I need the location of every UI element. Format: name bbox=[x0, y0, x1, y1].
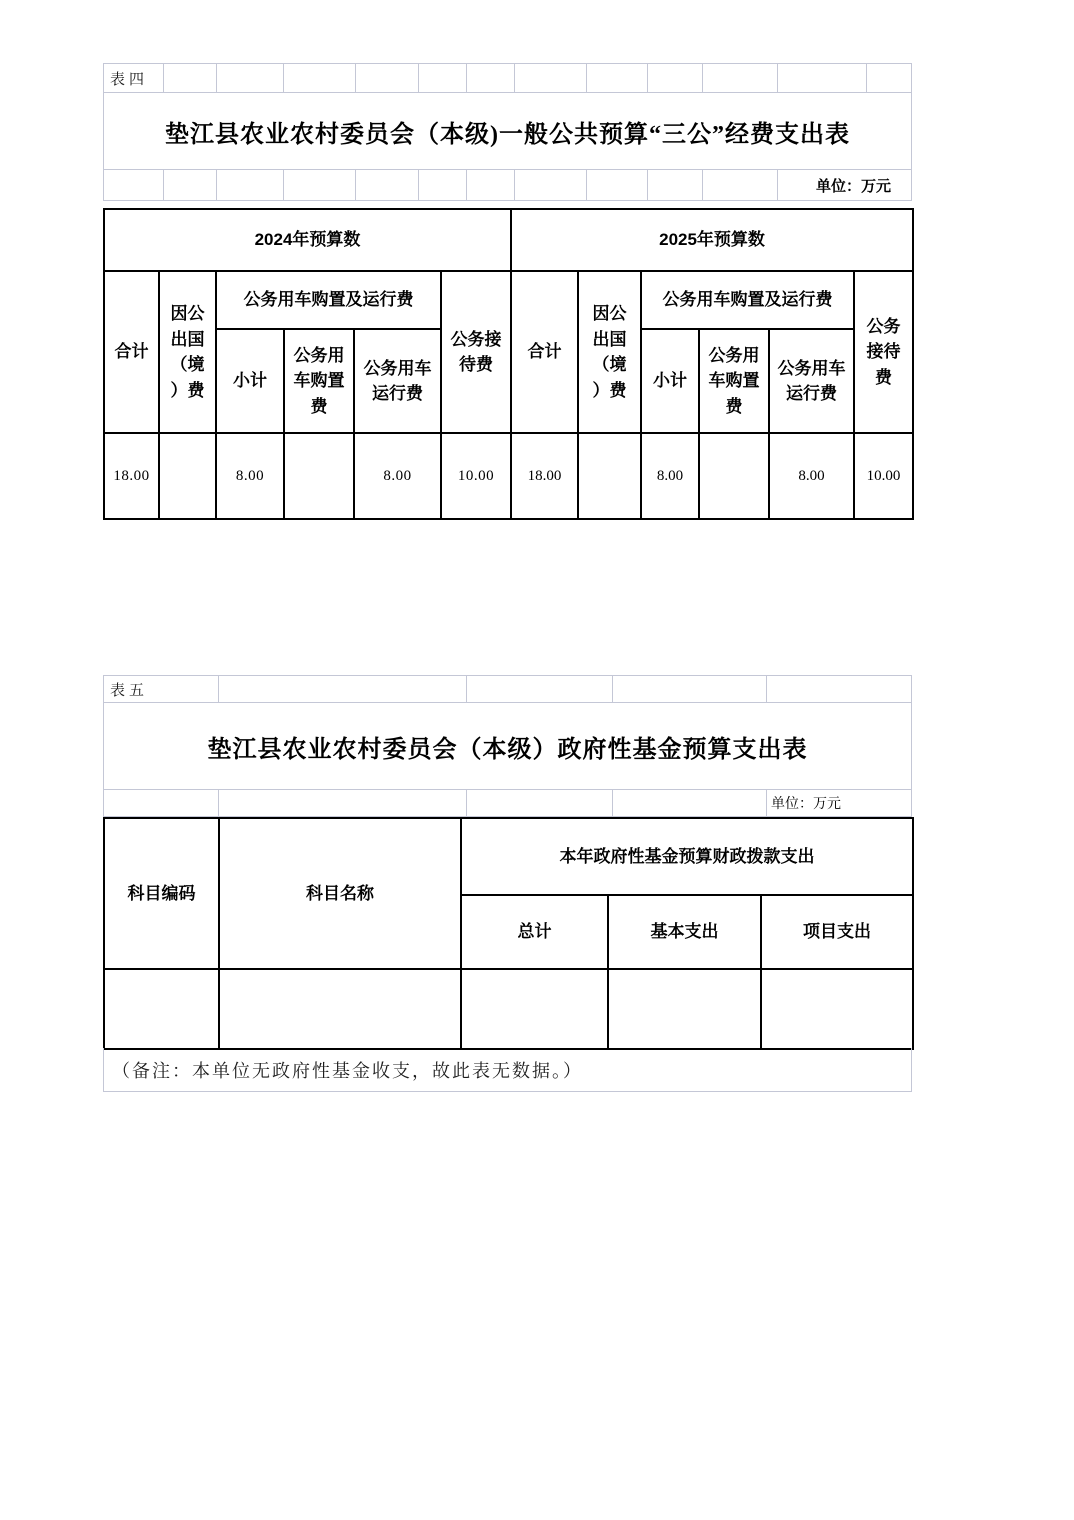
t5-value-basic bbox=[608, 969, 761, 1049]
table4-title: 垫江县农业农村委员会（本级)一般公共预算“三公”经费支出表 bbox=[165, 114, 850, 149]
grid-cell bbox=[467, 676, 613, 702]
t5-value-name bbox=[219, 969, 461, 1049]
grid-cell bbox=[356, 170, 419, 200]
grid-cell bbox=[767, 676, 913, 702]
t4-value-2025-abroad bbox=[578, 433, 641, 519]
t4-value-2025-purchase bbox=[699, 433, 769, 519]
table5-unit-row: 单位：万元 bbox=[103, 790, 912, 817]
table5-unit-label: 单位：万元 bbox=[771, 793, 841, 813]
t4-header-vehicle-group-2024: 公务用车购置及运行费 bbox=[216, 271, 441, 329]
t5-header-subject-code: 科目编码 bbox=[104, 818, 219, 969]
grid-cell bbox=[703, 64, 778, 92]
grid-cell: 表五 bbox=[104, 676, 219, 702]
t5-header-row-1: 科目编码 科目名称 本年政府性基金预算财政拨款支出 bbox=[104, 818, 913, 895]
grid-cell bbox=[164, 64, 217, 92]
t4-header-operation-2025: 公务用车运行费 bbox=[769, 329, 854, 433]
grid-cell bbox=[219, 676, 467, 702]
grid-cell bbox=[284, 170, 356, 200]
table5-note: （备注：本单位无政府性基金收支，故此表无数据。） bbox=[112, 1057, 583, 1083]
t5-value-code bbox=[104, 969, 219, 1049]
t5-value-total bbox=[461, 969, 608, 1049]
t4-value-2025-subtotal: 8.00 bbox=[641, 433, 699, 519]
t5-header-project: 项目支出 bbox=[761, 895, 913, 969]
t4-header-purchase-2024: 公务用车购置费 bbox=[284, 329, 354, 433]
t4-value-2024-subtotal: 8.00 bbox=[216, 433, 284, 519]
table4: 2024年预算数 2025年预算数 合计 因公出国（境）费 公务用车购置及运行费… bbox=[103, 208, 914, 520]
t4-value-2024-reception: 10.00 bbox=[441, 433, 511, 519]
t5-data-row bbox=[104, 969, 913, 1049]
grid-cell bbox=[648, 170, 703, 200]
table4-title-row: 垫江县农业农村委员会（本级)一般公共预算“三公”经费支出表 bbox=[103, 93, 912, 170]
table5-note-row: （备注：本单位无政府性基金收支，故此表无数据。） bbox=[103, 1048, 912, 1092]
t4-header-reception-2024: 公务接待费 bbox=[441, 271, 511, 433]
grid-cell bbox=[104, 790, 219, 816]
t4-header-vehicle-group-2025: 公务用车购置及运行费 bbox=[641, 271, 854, 329]
grid-cell bbox=[219, 790, 467, 816]
grid-cell bbox=[104, 170, 164, 200]
grid-cell bbox=[515, 170, 587, 200]
grid-cell bbox=[419, 170, 467, 200]
grid-cell bbox=[703, 170, 778, 200]
grid-cell bbox=[467, 170, 515, 200]
grid-cell bbox=[419, 64, 467, 92]
t4-value-2024-abroad bbox=[159, 433, 216, 519]
grid-cell bbox=[613, 676, 767, 702]
table4-unit-cell: 单位：万元 bbox=[778, 170, 913, 200]
grid-cell bbox=[467, 64, 515, 92]
table4-unit-row: 单位：万元 bbox=[103, 170, 912, 201]
grid-cell bbox=[867, 64, 913, 92]
t4-header-total-2024: 合计 bbox=[104, 271, 159, 433]
grid-cell bbox=[515, 64, 587, 92]
t4-header-subtotal-2025: 小计 bbox=[641, 329, 699, 433]
t4-year-2024-header: 2024年预算数 bbox=[104, 209, 511, 271]
t5-header-basic: 基本支出 bbox=[608, 895, 761, 969]
t5-header-total: 总计 bbox=[461, 895, 608, 969]
table4-unit-label: 单位：万元 bbox=[816, 175, 891, 196]
t4-header-purchase-2025: 公务用车购置费 bbox=[699, 329, 769, 433]
t5-value-project bbox=[761, 969, 913, 1049]
t4-value-2024-operation: 8.00 bbox=[354, 433, 441, 519]
budget-document-page: 表四 垫江县农业农村委员会（本级)一般公共预算“三公”经费支出表 单位：万元 bbox=[0, 0, 1074, 1520]
t4-header-abroad-2024: 因公出国（境）费 bbox=[159, 271, 216, 433]
grid-cell bbox=[217, 64, 284, 92]
table4-tag-label: 表四 bbox=[104, 68, 148, 89]
t4-value-2025-total: 18.00 bbox=[511, 433, 578, 519]
grid-cell bbox=[217, 170, 284, 200]
grid-cell bbox=[164, 170, 217, 200]
t4-header-operation-2024: 公务用车运行费 bbox=[354, 329, 441, 433]
table5-tag-label: 表五 bbox=[104, 679, 148, 700]
grid-cell bbox=[587, 170, 648, 200]
table5-unit-cell: 单位：万元 bbox=[767, 790, 913, 816]
grid-cell bbox=[284, 64, 356, 92]
grid-cell: 表四 bbox=[104, 64, 164, 92]
grid-cell bbox=[356, 64, 419, 92]
t4-data-row: 18.00 8.00 8.00 10.00 18.00 8.00 8.00 10… bbox=[104, 433, 913, 519]
table5-title-row: 垫江县农业农村委员会（本级）政府性基金预算支出表 bbox=[103, 703, 912, 790]
t4-value-2025-reception: 10.00 bbox=[854, 433, 913, 519]
table5: 科目编码 科目名称 本年政府性基金预算财政拨款支出 总计 基本支出 项目支出 bbox=[103, 817, 914, 1050]
table4-tag-row: 表四 bbox=[103, 63, 912, 93]
t4-header-subtotal-2024: 小计 bbox=[216, 329, 284, 433]
grid-cell bbox=[613, 790, 767, 816]
grid-cell bbox=[587, 64, 648, 92]
t4-value-2024-total: 18.00 bbox=[104, 433, 159, 519]
table5-tag-row: 表五 bbox=[103, 675, 912, 703]
grid-cell bbox=[467, 790, 613, 816]
t4-header-total-2025: 合计 bbox=[511, 271, 578, 433]
t4-year-row: 2024年预算数 2025年预算数 bbox=[104, 209, 913, 271]
t5-header-fund-group: 本年政府性基金预算财政拨款支出 bbox=[461, 818, 913, 895]
grid-cell bbox=[648, 64, 703, 92]
t4-header-reception-2025: 公务接待费 bbox=[854, 271, 913, 433]
t4-value-2024-purchase bbox=[284, 433, 354, 519]
grid-cell bbox=[778, 64, 867, 92]
t4-header-abroad-2025: 因公出国（境）费 bbox=[578, 271, 641, 433]
t5-header-subject-name: 科目名称 bbox=[219, 818, 461, 969]
t4-year-2025-header: 2025年预算数 bbox=[511, 209, 913, 271]
t4-value-2025-operation: 8.00 bbox=[769, 433, 854, 519]
table5-title: 垫江县农业农村委员会（本级）政府性基金预算支出表 bbox=[208, 729, 808, 764]
t4-header-row-1: 合计 因公出国（境）费 公务用车购置及运行费 公务接待费 合计 因公出国（境）费… bbox=[104, 271, 913, 329]
